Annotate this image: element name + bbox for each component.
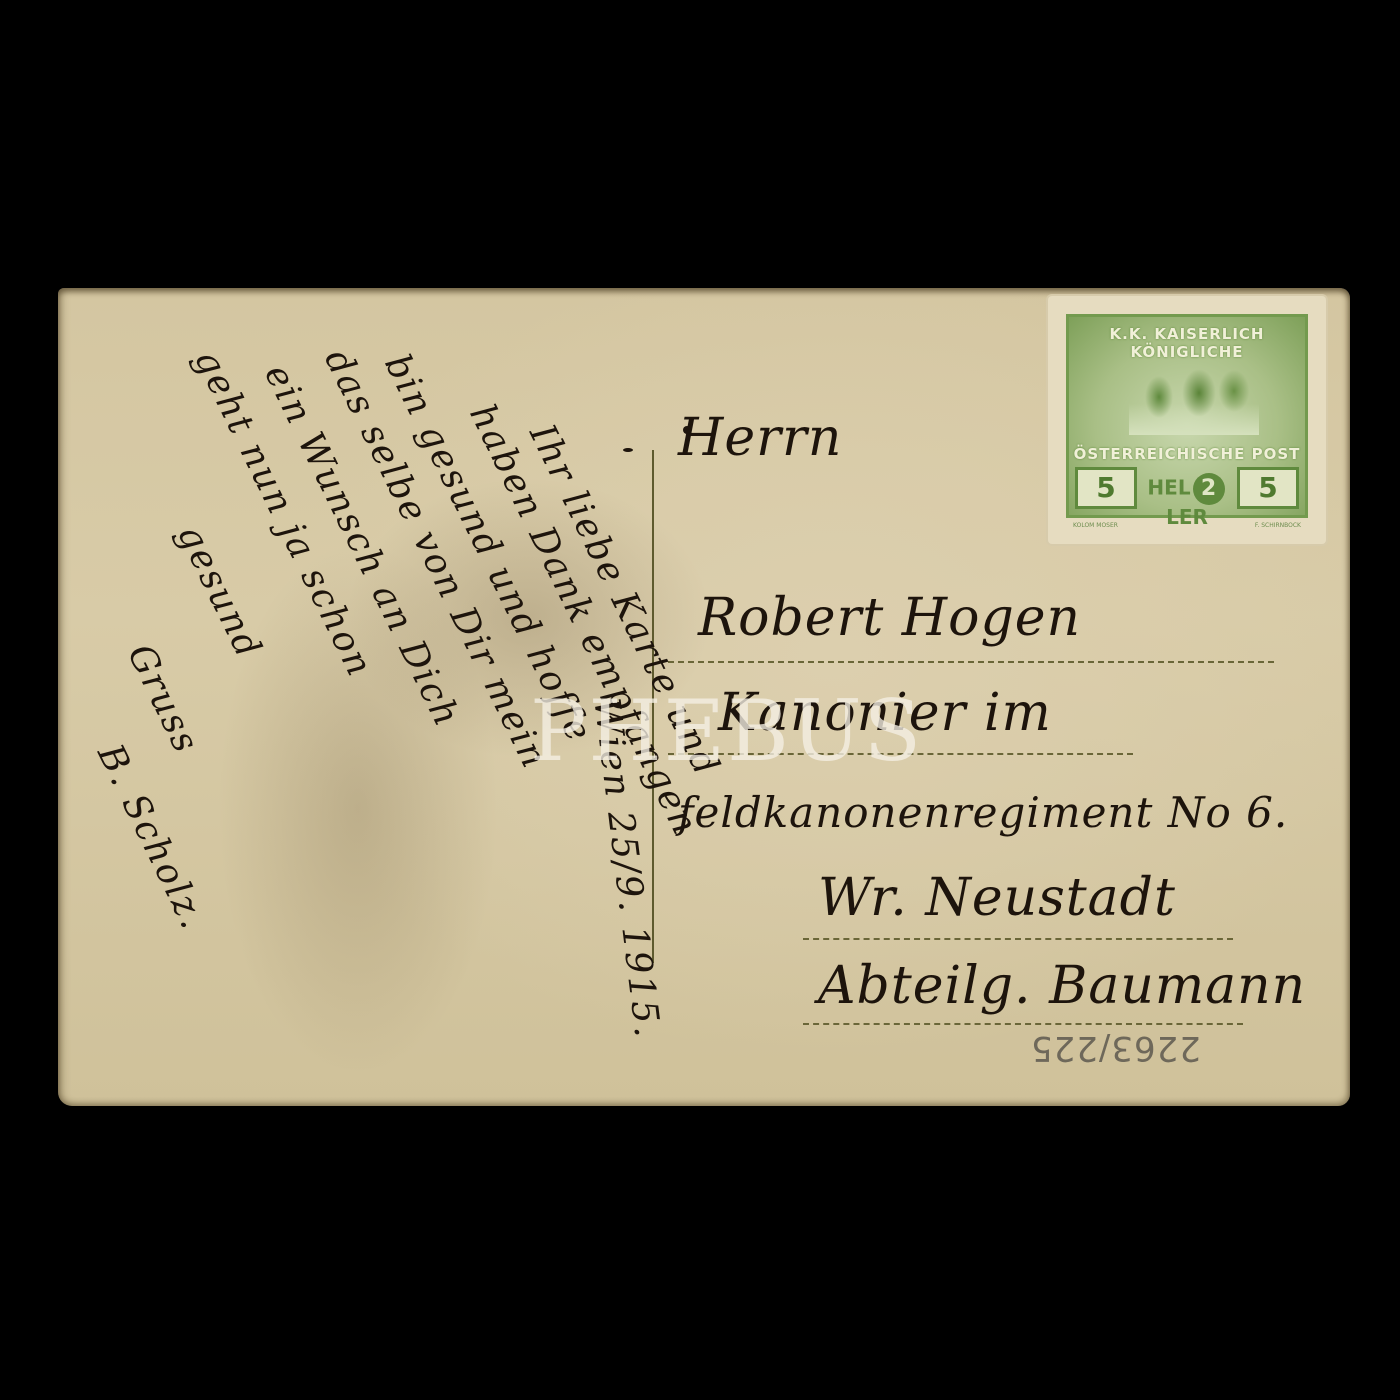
address-department: Abteilg. Baumann xyxy=(818,956,1306,1016)
postage-stamp: K.K. KAISERLICH KÖNIGLICHE ÖSTERREICHISC… xyxy=(1048,296,1326,544)
address-city: Wr. Neustadt xyxy=(818,868,1176,928)
stamp-bottom-text: ÖSTERREICHISCHE POST xyxy=(1069,445,1305,463)
ink-mark xyxy=(623,448,633,452)
stamp-currency-left: HEL xyxy=(1147,476,1190,500)
stamp-surcharge: 2 xyxy=(1193,473,1225,505)
ink-blot xyxy=(683,426,691,434)
message-line: Gruss xyxy=(119,638,207,760)
address-line-4 xyxy=(803,1023,1243,1025)
stamp-value-left: 5 xyxy=(1075,467,1137,509)
watermark: PHEBUS xyxy=(530,682,923,780)
pencil-inventory-note: 2263/225 xyxy=(1030,1028,1201,1068)
stamp-cavalry-illustration xyxy=(1129,357,1259,435)
address-line-3 xyxy=(803,938,1233,940)
address-salutation: Herrn xyxy=(678,408,842,468)
message-line: gesund xyxy=(169,518,269,666)
stamp-designer-credit: KOLOM MOSER xyxy=(1073,522,1118,529)
stamp-engraver-credit: F. SCHIRNBOCK xyxy=(1255,522,1301,529)
message-signature: B. Scholz. xyxy=(89,738,214,937)
stamp-value-right: 5 xyxy=(1237,467,1299,509)
stamp-currency-right: LER xyxy=(1166,505,1208,529)
stamp-frame: K.K. KAISERLICH KÖNIGLICHE ÖSTERREICHISC… xyxy=(1066,314,1308,518)
address-name: Robert Hogen xyxy=(698,588,1081,648)
stamp-denomination: HEL2LER xyxy=(1139,473,1235,529)
stamp-top-text: K.K. KAISERLICH KÖNIGLICHE xyxy=(1069,325,1305,361)
address-unit: feldkanonenregiment No 6. xyxy=(678,788,1288,837)
address-line-1 xyxy=(668,661,1274,663)
